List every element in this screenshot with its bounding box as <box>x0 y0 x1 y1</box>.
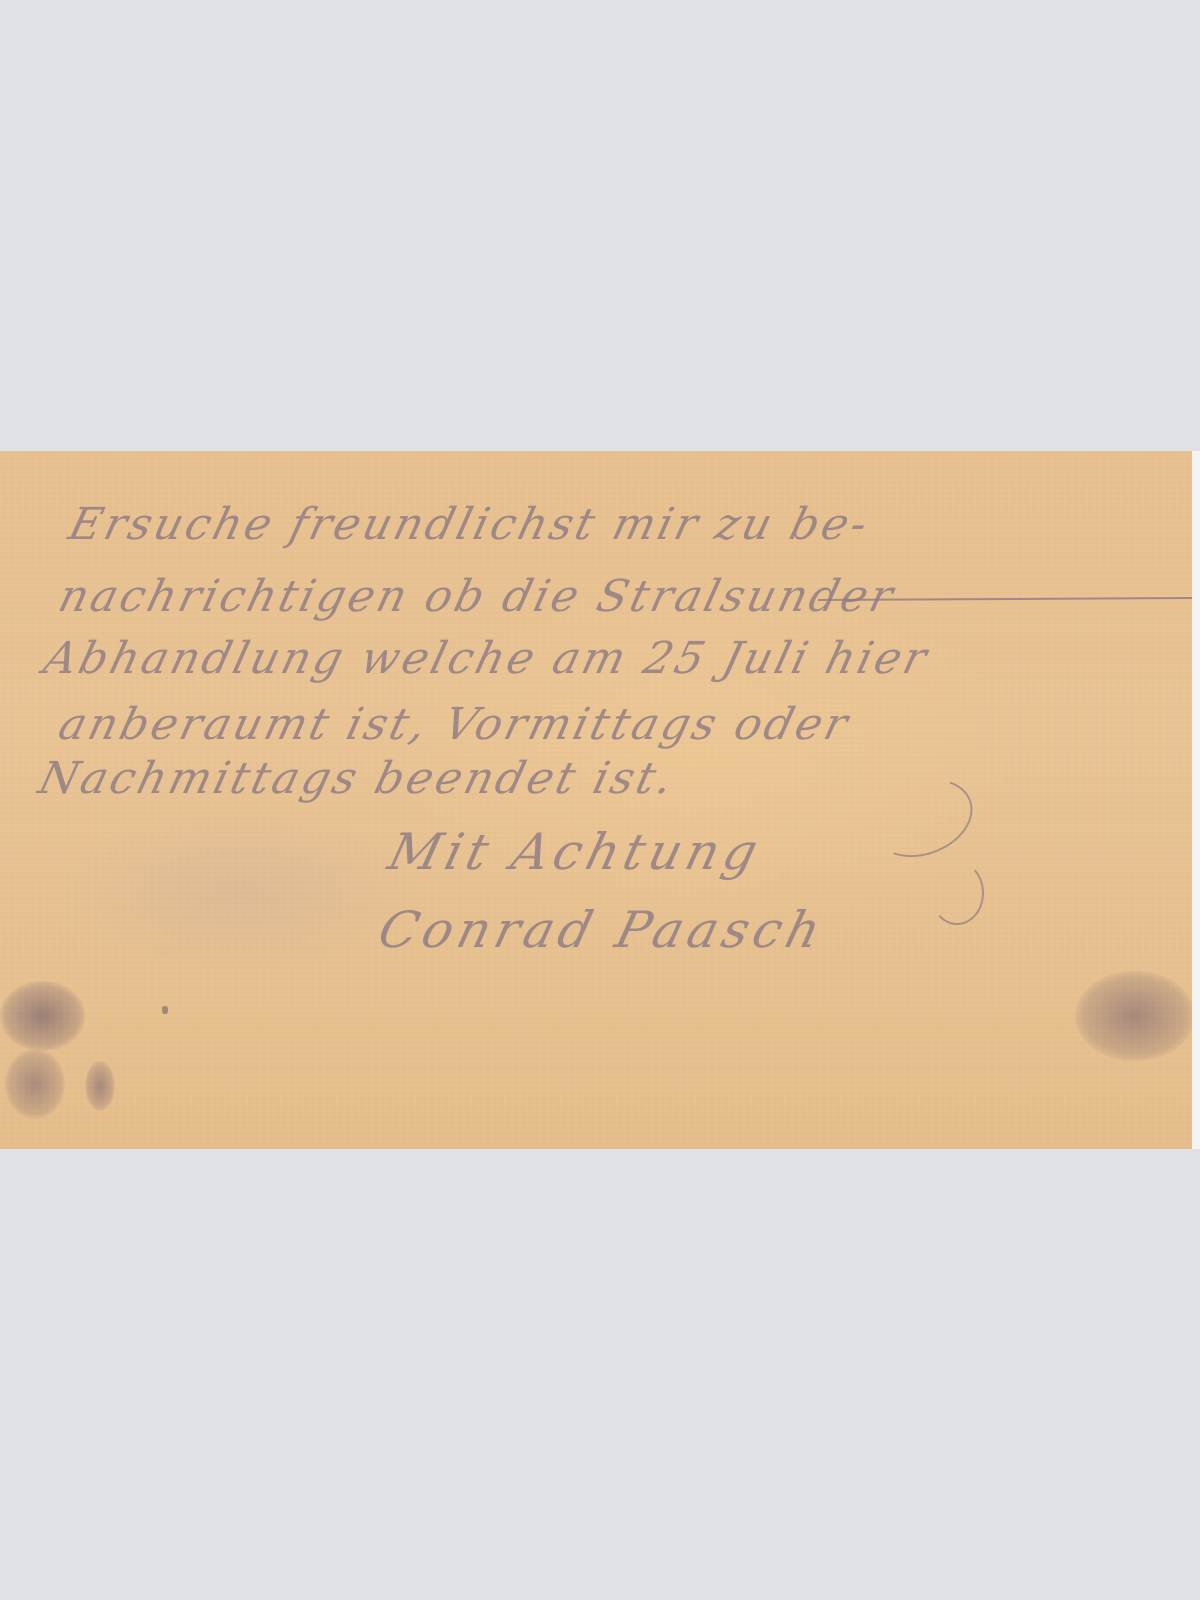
text-line-2: nachrichtigen ob die Stralsunder <box>54 571 901 622</box>
ink-stain <box>5 1049 65 1119</box>
text-line-1: Ersuche freundlichst mir zu be- <box>64 499 876 550</box>
fingerprint-stain <box>1075 971 1195 1061</box>
signature-flourish-1 <box>860 765 983 870</box>
closing-salutation: Mit Achtung <box>383 823 768 881</box>
ink-speck <box>162 1006 168 1014</box>
text-line-4: anberaumt ist, Vormittags oder <box>54 699 856 750</box>
text-line-5: Nachmittags beendet ist. <box>34 753 681 804</box>
scan-edge <box>1192 451 1200 1149</box>
ink-stain <box>0 981 85 1051</box>
signature: Conrad Paasch <box>373 901 832 959</box>
text-line-3: Abhandlung welche am 25 Juli hier <box>39 633 935 684</box>
ink-stain <box>85 1061 115 1111</box>
postcard: Ersuche freundlichst mir zu be- nachrich… <box>0 451 1198 1149</box>
signature-flourish-2 <box>930 861 984 925</box>
